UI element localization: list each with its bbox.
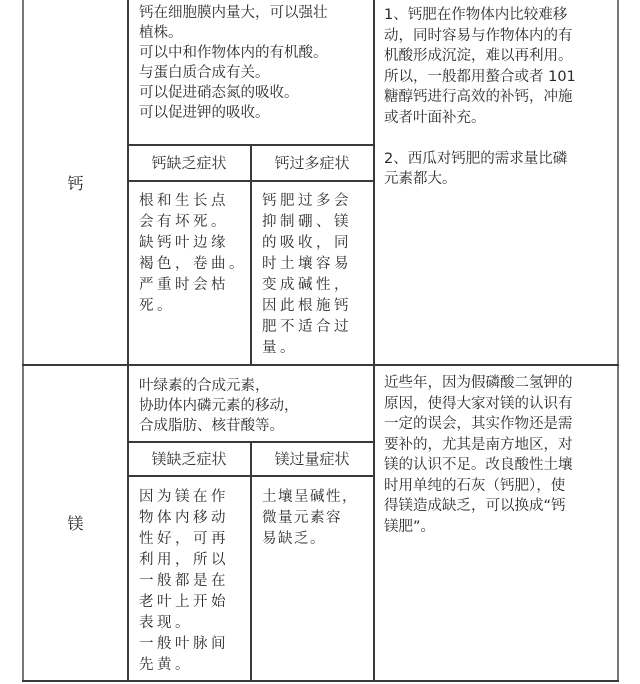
calcium-deficiency-text: 根和生长点 会有坏死。 缺钙叶边缘 褐色，卷曲。 严重时会枯 死。 [139, 191, 249, 317]
element-label-magnesium: 镁 [24, 365, 127, 680]
table-border-bottom [22, 680, 619, 682]
magnesium-notes: 近些年，因为假磷酸二氢钾的 原因，使得大家对镁的认识有 一定的误会，其实作物还是… [384, 373, 616, 537]
magnesium-function-text: 叶绿素的合成元素， 协助体内磷元素的移动， 合成脂肪、核苷酸等。 [139, 376, 374, 436]
element-column-divider [127, 0, 129, 682]
table-border-right [617, 0, 619, 682]
magnesium-deficiency-text: 因为镁在作 物体内移动 性好，可再 利用，所以 一般都是在 老叶上开始 表现。 … [139, 487, 249, 676]
magnesium-excess-text: 土壤呈碱性， 微量元素容 易缺乏。 [262, 487, 372, 550]
nutrient-table: 钙 钙在细胞膜内量大，可以强壮 植株。 可以中和作物体内的有机酸。 与蛋白质合成… [0, 0, 640, 684]
magnesium-deficiency-header: 镁缺乏症状 [128, 442, 250, 475]
calcium-excess-text: 钙肥过多会 抑制硼、镁 的吸收，同 时土壤容易 变成碱性， 因此根施钙 肥不适合… [262, 191, 372, 359]
magnesium-excess-header: 镁过量症状 [251, 442, 373, 475]
calcium-function-text: 钙在细胞膜内量大，可以强壮 植株。 可以中和作物体内的有机酸。 与蛋白质合成有关… [139, 3, 374, 123]
calcium-deficiency-header: 钙缺乏症状 [128, 145, 250, 180]
element-label-calcium: 钙 [24, 0, 127, 364]
calcium-excess-header: 钙过多症状 [251, 145, 373, 180]
calcium-notes: 1、钙肥在作物体内比较难移 动，同时容易与作物体内的有 机酸形成沉淀，难以再利用… [384, 5, 616, 190]
magnesium-subcolumn-divider [250, 441, 252, 681]
